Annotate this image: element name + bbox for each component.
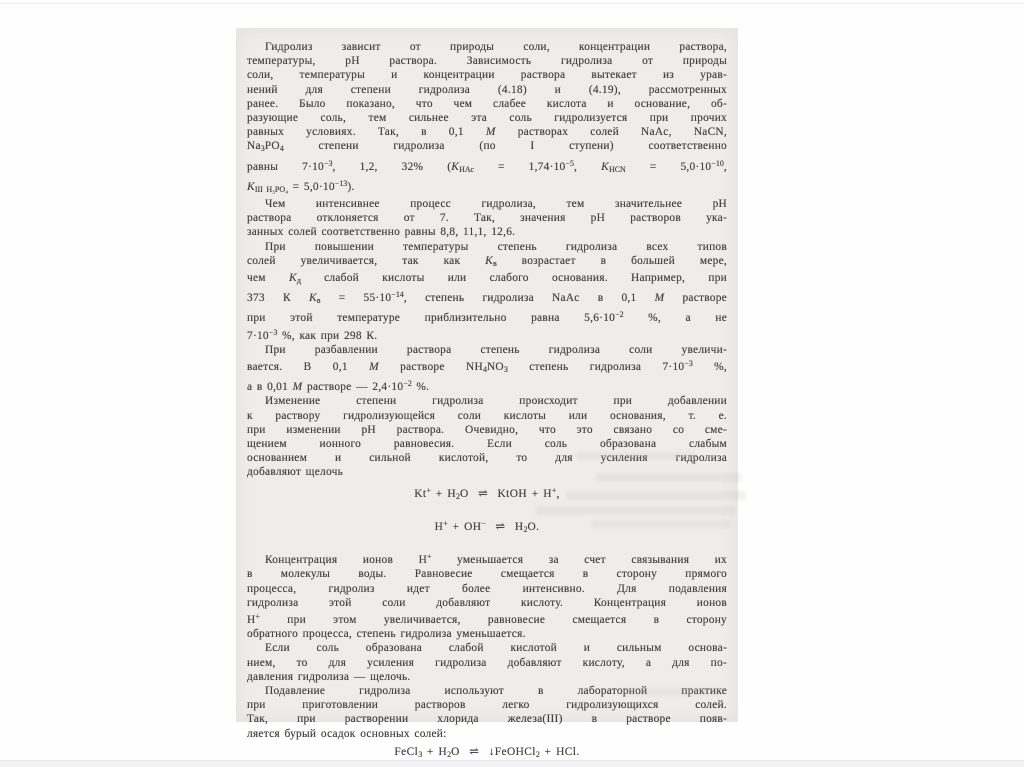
text-line: в молекулы воды. Равновесие смещается в …: [247, 567, 727, 581]
text-line: Гидролиз зависит от природы соли, концен…: [247, 40, 727, 54]
chemical-equation: H+ + OH− ⇌ H2O.: [247, 517, 727, 537]
text-line: при изменении pH раствора. Очевидно, что…: [247, 423, 727, 437]
text-line: ляется бурый осадок основных солей:: [247, 727, 727, 741]
text-line: нием, то для усиления гидролиза добавляю…: [247, 656, 727, 670]
text-line: 373 К Кв = 55·10−14, степень гидролиза N…: [247, 288, 727, 308]
text-line: чем Кд слабой кислоты или слабого основа…: [247, 271, 727, 288]
text-line: нений для степени гидролиза (4.18) и (4.…: [247, 83, 727, 97]
text-line: щением ионного равновесия. Если соль обр…: [247, 437, 727, 451]
text-line: ранее. Было показано, что чем слабее кис…: [247, 97, 727, 111]
presentation-slide: Гидролиз зависит от природы соли, концен…: [0, 0, 1024, 767]
text-line: основанием и сильной кислотой, то для ус…: [247, 451, 727, 465]
text-line: занных солей соответственно равны 8,8, 1…: [247, 225, 727, 239]
page-text-column: Гидролиз зависит от природы соли, концен…: [247, 40, 727, 762]
text-line: равных условиях. Так, в 0,1 М растворах …: [247, 125, 727, 139]
text-line: КIII Н₃РО₄ = 5,0·10−13).: [247, 177, 727, 197]
text-line: обратного процесса, степень гидролиза ум…: [247, 627, 727, 641]
text-line: к раствору гидролизующейся соли кислоты …: [247, 409, 727, 423]
text-line: Изменение степени гидролиза происходит п…: [247, 394, 727, 408]
text-line: 7·10−3 %, как при 298 К.: [247, 326, 727, 343]
text-line: разующие соль, тем сильнее эта соль гидр…: [247, 111, 727, 125]
slide-top-border: [0, 3, 1024, 4]
text-line: равны 7·10−3, 1,2, 32% (КНАс = 1,74·10−5…: [247, 157, 727, 177]
text-line: при этой температуре приблизительно равн…: [247, 308, 727, 325]
text-line: Так, при растворении хлорида железа(III)…: [247, 712, 727, 726]
text-line: соли, температуры и концентрации раствор…: [247, 68, 727, 82]
text-line: добавляют щелочь: [247, 465, 727, 479]
scanned-book-page: Гидролиз зависит от природы соли, концен…: [236, 28, 738, 722]
text-line: а в 0,01 М растворе — 2,4·10−2 %.: [247, 377, 727, 394]
slide-bottom-border: [0, 760, 1024, 767]
text-line: раствора отклоняется от 7. Так, значения…: [247, 211, 727, 225]
text-line: процесса, гидролиз идет более интенсивно…: [247, 582, 727, 596]
text-line: температуры, pH раствора. Зависимость ги…: [247, 54, 727, 68]
text-line: Чем интенсивнее процесс гидролиза, тем з…: [247, 197, 727, 211]
text-line: гидролиза этой соли добавляют кислоту. К…: [247, 596, 727, 610]
text-line: Концентрация ионов H+ уменьшается за сче…: [247, 550, 727, 567]
text-line: вается. В 0,1 М растворе NH4NO3 степень …: [247, 357, 727, 377]
text-line: солей увеличивается, так как Кв возраста…: [247, 254, 727, 271]
chemical-equation: Kt+ + H2O ⇌ KtOH + H+,: [247, 484, 727, 504]
text-line: Na3PO4 степени гидролиза (по I ступени) …: [247, 139, 727, 156]
text-line: Если соль образована слабой кислотой и с…: [247, 641, 727, 655]
text-line: давления гидролиза — щелочь.: [247, 670, 727, 684]
text-line: При повышении температуры степень гидрол…: [247, 240, 727, 254]
text-line: при приготовлении растворов легко гидрол…: [247, 698, 727, 712]
text-line: H+ при этом увеличивается, равновесие см…: [247, 610, 727, 627]
text-line: Подавление гидролиза используют в лабора…: [247, 684, 727, 698]
text-line: При разбавлении раствора степень гидроли…: [247, 343, 727, 357]
